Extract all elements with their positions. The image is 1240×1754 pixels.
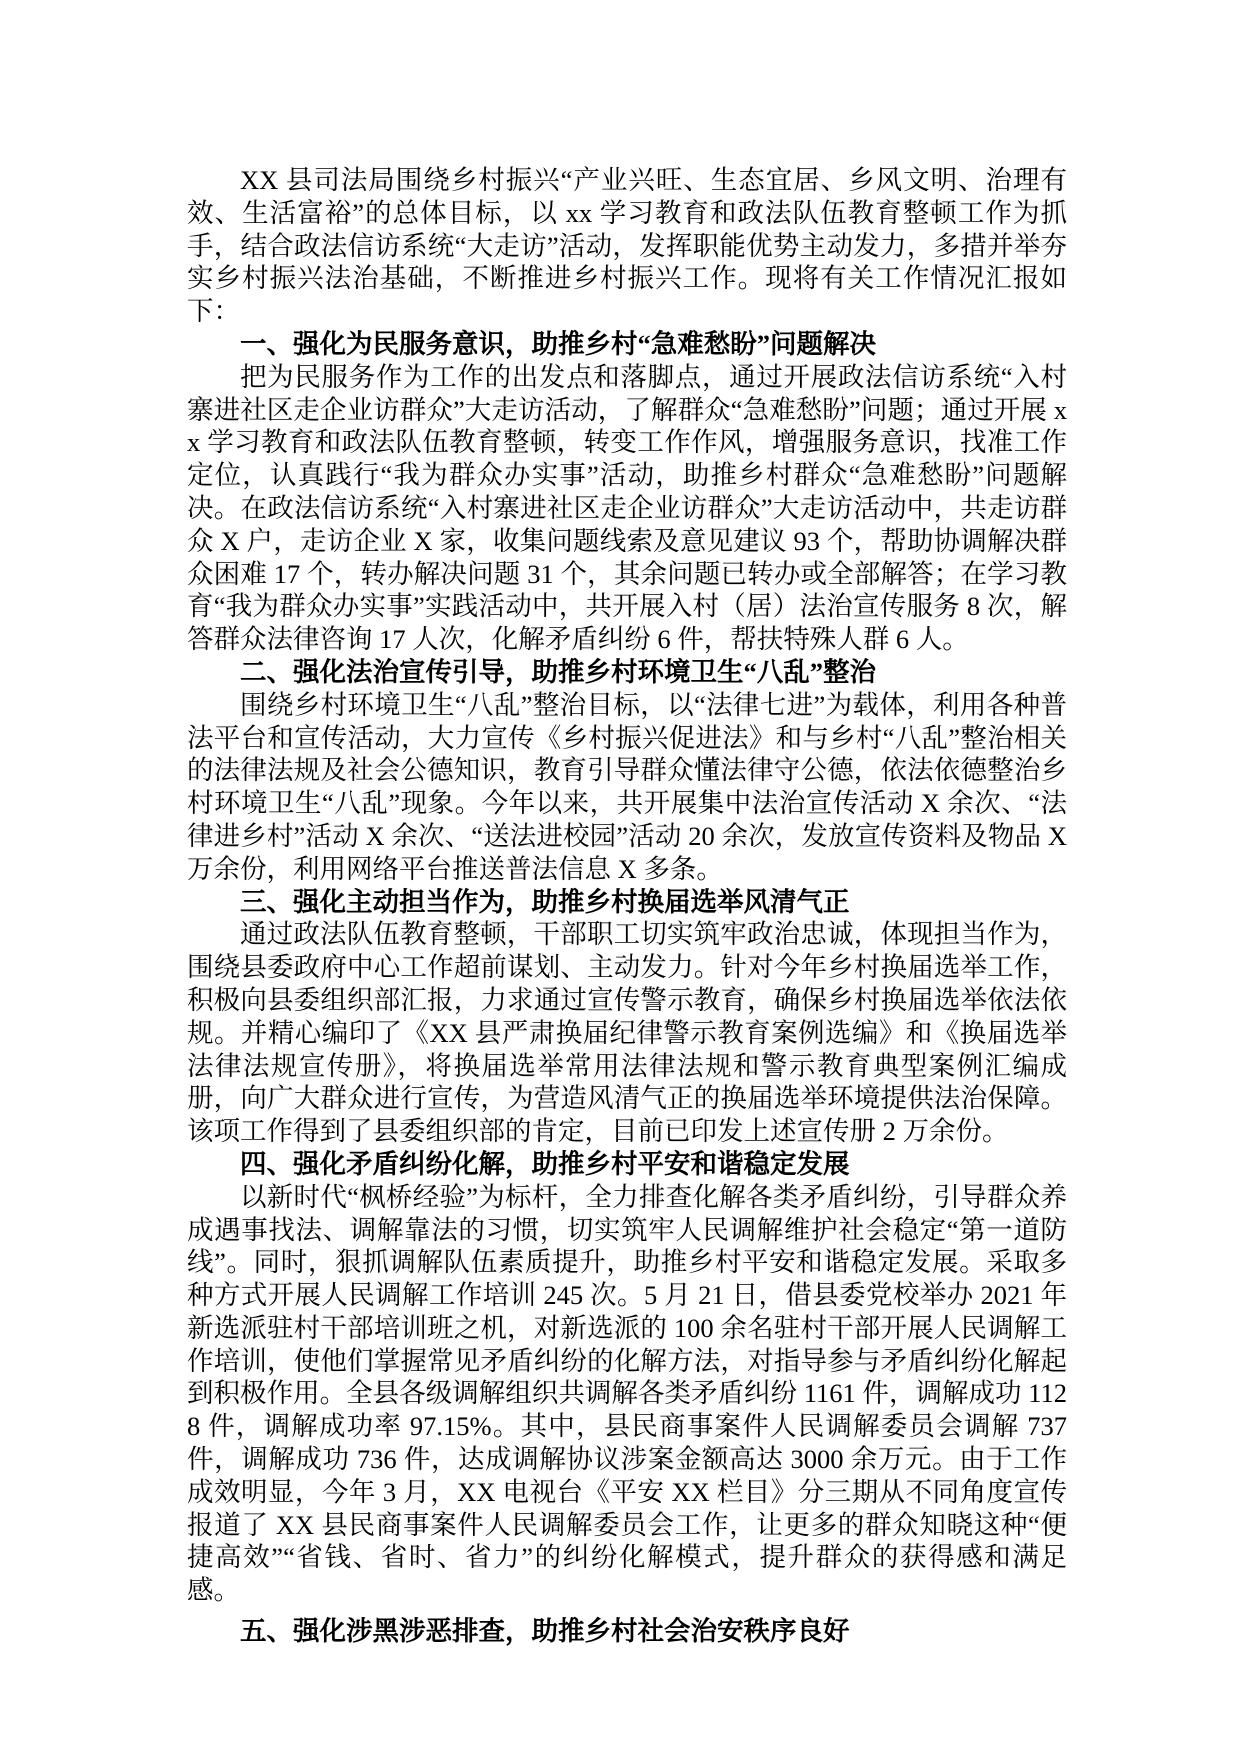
section-1-heading: 一、强化为民服务意识，助推乡村“急难愁盼”问题解决 (187, 328, 1067, 361)
section-2-heading: 二、强化法治宣传引导，助推乡村环境卫生“八乱”整治 (187, 656, 1067, 689)
section-4-body: 以新时代“枫桥经验”为标杆，全力排查化解各类矛盾纠纷，引导群众养成遇事找法、调解… (187, 1181, 1067, 1607)
section-5-heading: 五、强化涉黑涉恶排查，助推乡村社会治安秩序良好 (187, 1615, 1067, 1648)
document-page: XX 县司法局围绕乡村振兴“产业兴旺、生态宜居、乡风文明、治理有效、生活富裕”的… (0, 0, 1240, 1754)
section-2-body: 围绕乡村环境卫生“八乱”整治目标，以“法律七进”为载体，利用各种普法平台和宣传活… (187, 689, 1067, 886)
section-3-body: 通过政法队伍教育整顿，干部职工切实筑牢政治忠诚，体现担当作为，围绕县委政府中心工… (187, 918, 1067, 1148)
intro-paragraph: XX 县司法局围绕乡村振兴“产业兴旺、生态宜居、乡风文明、治理有效、生活富裕”的… (187, 164, 1067, 328)
section-1-body: 把为民服务作为工作的出发点和落脚点，通过开展政法信访系统“入村寨进社区走企业访群… (187, 361, 1067, 656)
section-3-heading: 三、强化主动担当作为，助推乡村换届选举风清气正 (187, 886, 1067, 919)
section-4-heading: 四、强化矛盾纠纷化解，助推乡村平安和谐稳定发展 (187, 1148, 1067, 1181)
